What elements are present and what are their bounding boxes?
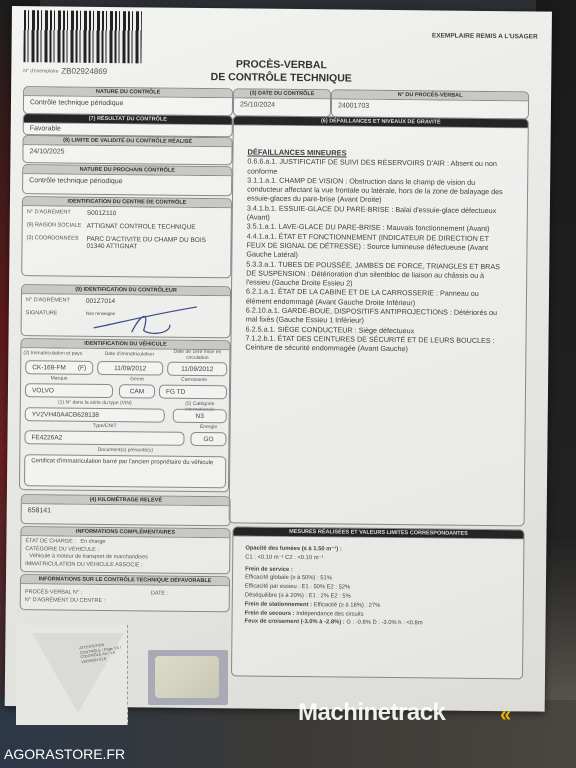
- controller-agrement-label: N° D'AGRÉMENT: [26, 297, 86, 305]
- date-immat-label: Date d'immatriculation: [97, 351, 161, 358]
- barcode: [23, 10, 142, 63]
- control-date-section: (3) DATE DU CONTRÔLE 25/10/2024: [233, 88, 331, 117]
- document-title: PROCÈS-VERBAL DE CONTRÔLE TECHNIQUE: [191, 58, 371, 86]
- genre-value: CAM: [119, 384, 155, 398]
- energy-value: GO: [190, 432, 226, 446]
- defect-item: 7.1.2.b.1. ÉTAT DES CEINTURES DE SÉCURIT…: [245, 333, 501, 354]
- unfavorable-section: INFORMATIONS SUR LE CONTRÔLE TECHNIQUE D…: [20, 574, 230, 612]
- immat-label: (2) Immatriculation et pays: [23, 350, 93, 357]
- first-use-value: 11/09/2012: [167, 362, 227, 377]
- control-nature-section: NATURE DU CONTRÔLE Contrôle technique pé…: [23, 86, 233, 116]
- unfavorable-agrement-label: N° D'AGRÉMENT DU CENTRE :: [25, 596, 225, 606]
- body-label: Carrosserie: [161, 377, 227, 384]
- hologram-window: [155, 656, 219, 698]
- control-nature-value: Contrôle technique périodique: [24, 96, 232, 111]
- vin-value: YV2VH40A4CB628138: [25, 407, 165, 422]
- center-section: IDENTIFICATION DU CENTRE DE CONTRÔLE N° …: [21, 196, 232, 278]
- mileage-section: (4) KILOMÉTRAGE RELEVÉ 658141: [21, 494, 231, 526]
- center-agrement-label: N° D'AGRÉMENT: [27, 209, 87, 217]
- charge-label: ÉTAT DE CHARGE :: [25, 538, 75, 545]
- detachable-sticker: ATTESTATION CONTRÔLE / Page 1/1 / CONTRÔ…: [16, 625, 128, 725]
- result-section: (7) RÉSULTAT DU CONTRÔLE Favorable: [23, 113, 233, 137]
- validity-section: (8) LIMITE DE VALIDITÉ DU CONTRÔLE RÉALI…: [22, 135, 232, 165]
- category-value: N3: [173, 409, 227, 424]
- watermark-chevron-icon: «: [500, 704, 506, 727]
- defect-item: 6.2.10.a.1. GARDE-BOUE, DISPOSITIFS ANTI…: [246, 306, 502, 327]
- center-agrement-value: S001Z110: [87, 210, 117, 217]
- serial-number: ZB02924869: [61, 67, 107, 76]
- energy-label: Énergie: [191, 424, 227, 430]
- measures-section: MESURES RÉALISÉES ET VALEURS LIMITES COR…: [231, 526, 525, 679]
- validity-value: 24/10/2025: [23, 145, 231, 160]
- country-value: (F): [78, 364, 86, 373]
- center-raison-value: ATTIGNAT CONTROLE TECHNIQUE: [87, 223, 196, 231]
- defect-item: 3.1.1.a.1. CHAMP DE VISION : Obstruction…: [247, 175, 503, 206]
- defect-item: 4.4.1.a.1. ÉTAT ET FONCTIONNEMENT (INDIC…: [246, 231, 502, 262]
- parking-brake-title: Frein de stationnement :: [245, 601, 312, 608]
- inspection-document: N° d'exemplaire ZB02924869 EXEMPLAIRE RE…: [5, 6, 552, 712]
- docs-value: Certificat d'immatriculation barré par l…: [24, 454, 226, 488]
- brand-value: VOLVO: [25, 383, 113, 398]
- type-value: FE4226A2: [24, 430, 184, 446]
- pv-number-section: N° DU PROCÈS-VERBAL 24001703: [331, 89, 529, 119]
- emergency-brake-title: Frein de secours :: [245, 610, 295, 617]
- next-control-section: NATURE DU PROCHAIN CONTRÔLE Contrôle tec…: [22, 164, 232, 196]
- brand-label: Marque: [25, 375, 93, 382]
- defects-label: (6) DÉFAILLANCES ET NIVEAUX DE GRAVITÉ: [234, 116, 528, 128]
- next-control-value: Contrôle technique périodique: [23, 174, 231, 189]
- mileage-value: 658141: [22, 504, 230, 519]
- assoc-vehicle-label: IMMATRICULATION DU VÉHICULE ASSOCIÉ :: [25, 561, 225, 571]
- signature-icon: [92, 302, 202, 337]
- center-raison-label: (9) RAISON SOCIALE: [27, 222, 87, 230]
- emergency-brake-value: Indépendance des circuits: [296, 611, 363, 618]
- immat-value: CK-169-FM: [32, 364, 66, 371]
- extra-info-section: INFORMATIONS COMPLÉMENTAIRES ÉTAT DE CHA…: [20, 526, 230, 574]
- date-immat-value: 11/09/2012: [97, 361, 163, 376]
- signature-label: SIGNATURE: [26, 310, 86, 317]
- pv-number-value: 24001703: [332, 99, 528, 114]
- hologram: [148, 650, 228, 705]
- defect-item: 5.3.3.a.1. TUBES DE POUSSÉE, JAMBES DE F…: [246, 259, 502, 290]
- docs-label: Document(s) présenté(s): [24, 446, 226, 454]
- opacity-values: C1 : <0.10 m⁻¹ C2 : <0.10 m⁻¹: [245, 553, 511, 565]
- defects-section: (6) DÉFAILLANCES ET NIVEAUX DE GRAVITÉ D…: [229, 115, 529, 526]
- vehicle-section: IDENTIFICATION DU VÉHICULE (2) Immatricu…: [19, 338, 231, 492]
- center-coord-line2: 01340 ATTIGNAT: [86, 243, 137, 251]
- unfavorable-date-label: DATE :: [151, 589, 168, 597]
- charge-value: En charge: [80, 539, 105, 545]
- first-use-label: Date de 1ère mise en circulation: [167, 350, 227, 362]
- parking-brake-value: Efficacité (≥ à 18%) : 27%: [314, 602, 381, 609]
- controller-section: (9) IDENTIFICATION DU CONTRÔLEUR N° D'AG…: [21, 284, 232, 338]
- genre-label: Genre: [117, 376, 157, 382]
- control-date-value: 25/10/2024: [234, 98, 330, 112]
- lights-value: G : -0.8% D : -3.0% h : <0.8m: [346, 620, 422, 627]
- type-label: Type/CNIT: [25, 422, 185, 430]
- lights-title: Feux de croisement (-3.0% à -2.8%) :: [245, 619, 345, 626]
- title-line-2: DE CONTRÔLE TECHNIQUE: [191, 71, 371, 86]
- vin-label: (1) N° dans la série du type (VIN): [25, 399, 165, 406]
- center-coord-label: (3) COORDONNÉES: [26, 235, 86, 250]
- body-value: FG TD: [159, 385, 227, 400]
- immat-field: CK-169-FM (F): [25, 360, 93, 375]
- serial-label: N° d'exemplaire: [23, 68, 58, 74]
- watermark-logo: Machinetrack: [298, 699, 445, 727]
- copy-label: EXEMPLAIRE REMIS A L'USAGER: [432, 32, 538, 40]
- site-watermark: AGORASTORE.FR: [4, 746, 125, 762]
